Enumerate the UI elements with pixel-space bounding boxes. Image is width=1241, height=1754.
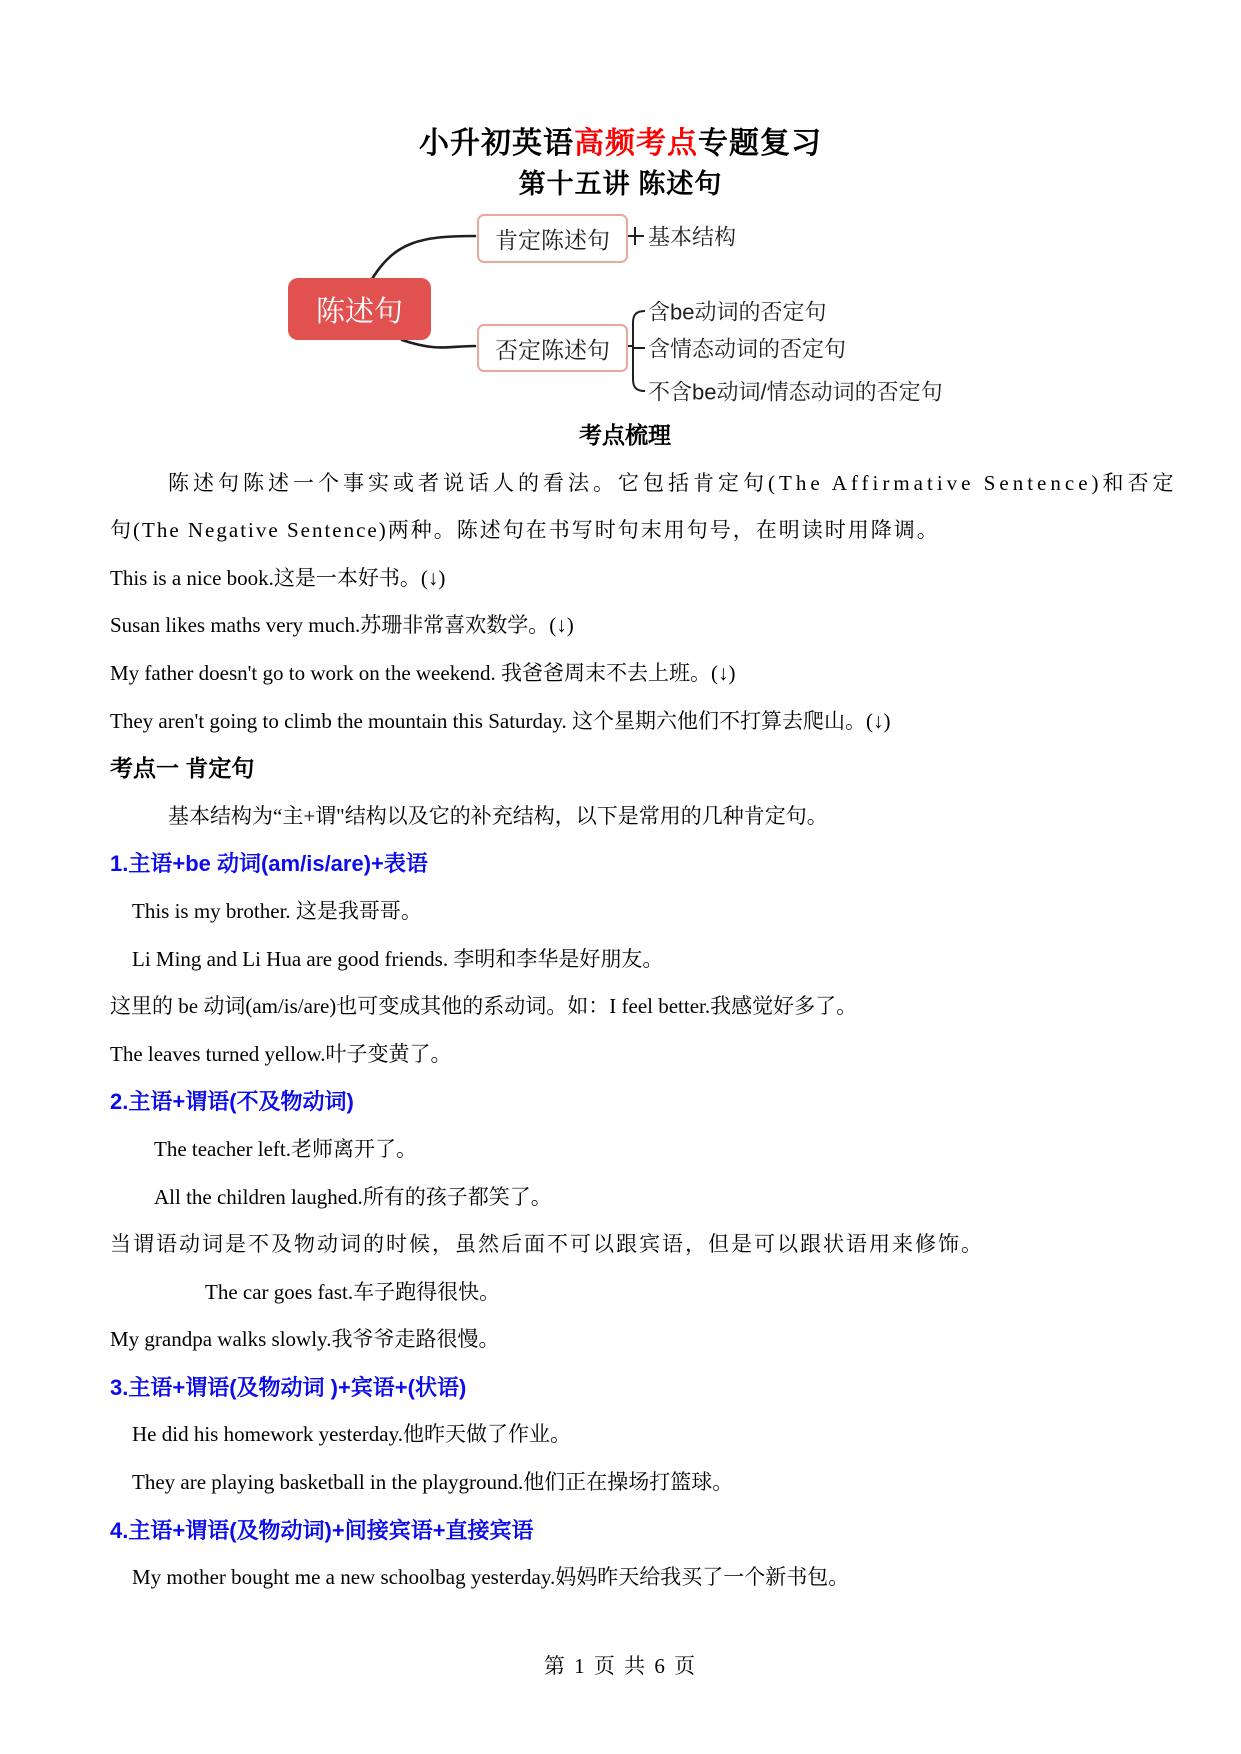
body-line: 句(The Negative Sentence)两种。陈述句在书写时句末用句号，… — [110, 507, 1140, 555]
doc-title-highlight: 高频考点 — [574, 127, 698, 160]
body-line: My mother bought me a new schoolbag yest… — [110, 1554, 1140, 1602]
connector-root-affirmative — [372, 236, 475, 279]
mindmap-leaf-modal-negative: 含情态动词的否定句 — [648, 333, 846, 364]
blue-heading-4: 4.主语+谓语(及物动词)+间接宾语+直接宾语 — [110, 1507, 1140, 1555]
body-line: All the children laughed.所有的孩子都笑了。 — [110, 1174, 1140, 1222]
section-heading: 考点梳理 — [110, 412, 1140, 460]
subsection-heading: 考点一 肯定句 — [110, 745, 1140, 793]
mindmap-leaf-be-negative: 含be动词的否定句 — [648, 296, 826, 327]
blue-heading-1: 1.主语+be 动词(am/is/are)+表语 — [110, 840, 1140, 888]
body-line: They are playing basketball in the playg… — [110, 1459, 1140, 1507]
page-number: 第 1 页 共 6 页 — [0, 1650, 1241, 1680]
body-line: This is a nice book.这是一本好书。(↓) — [110, 555, 1140, 603]
body-line: 这里的 be 动词(am/is/are)也可变成其他的系动词。如：I feel … — [110, 983, 1140, 1031]
body-line: My father doesn't go to work on the week… — [110, 650, 1140, 698]
document-page: 小升初英语高频考点专题复习 第十五讲 陈述句 陈述句 肯定陈述句 否定陈述句 基… — [0, 0, 1241, 1754]
body-line: 基本结构为“主+谓"结构以及它的补充结构，以下是常用的几种肯定句。 — [110, 793, 1140, 841]
mindmap-leaf-basic-structure: 基本结构 — [648, 221, 736, 252]
mindmap-root-node: 陈述句 — [288, 278, 431, 340]
body-line: My grandpa walks slowly.我爷爷走路很慢。 — [110, 1316, 1140, 1364]
connector-root-negative — [402, 340, 475, 348]
blue-heading-2: 2.主语+谓语(不及物动词) — [110, 1078, 1140, 1126]
body-line: This is my brother. 这是我哥哥。 — [110, 888, 1140, 936]
connector-negative-spine — [633, 311, 645, 391]
mindmap-affirmative-node: 肯定陈述句 — [477, 214, 628, 263]
mindmap-negative-node: 否定陈述句 — [477, 324, 628, 372]
doc-title-prefix: 小升初英语 — [419, 127, 574, 160]
body-line: He did his homework yesterday.他昨天做了作业。 — [110, 1411, 1140, 1459]
body-line: Susan likes maths very much.苏珊非常喜欢数学。(↓) — [110, 602, 1140, 650]
body-line: Li Ming and Li Hua are good friends. 李明和… — [110, 936, 1140, 984]
mindmap: 陈述句 肯定陈述句 否定陈述句 基本结构 含be动词的否定句 含情态动词的否定句… — [0, 180, 1241, 415]
body-line: The car goes fast.车子跑得很快。 — [110, 1269, 1140, 1317]
body-line: They aren't going to climb the mountain … — [110, 698, 1140, 746]
body-text: 考点梳理 陈述句陈述一个事实或者说话人的看法。它包括肯定句(The Affirm… — [110, 412, 1140, 1602]
doc-title-suffix: 专题复习 — [698, 127, 822, 160]
blue-heading-3: 3.主语+谓语(及物动词 )+宾语+(状语) — [110, 1364, 1140, 1412]
doc-title: 小升初英语高频考点专题复习 — [0, 118, 1241, 162]
body-line: The leaves turned yellow.叶子变黄了。 — [110, 1031, 1140, 1079]
body-line: 陈述句陈述一个事实或者说话人的看法。它包括肯定句(The Affirmative… — [110, 460, 1140, 508]
body-line: 当谓语动词是不及物动词的时候，虽然后面不可以跟宾语，但是可以跟状语用来修饰。 — [110, 1221, 1140, 1269]
mindmap-leaf-other-negative: 不含be动词/情态动词的否定句 — [648, 376, 943, 407]
body-line: The teacher left.老师离开了。 — [110, 1126, 1140, 1174]
